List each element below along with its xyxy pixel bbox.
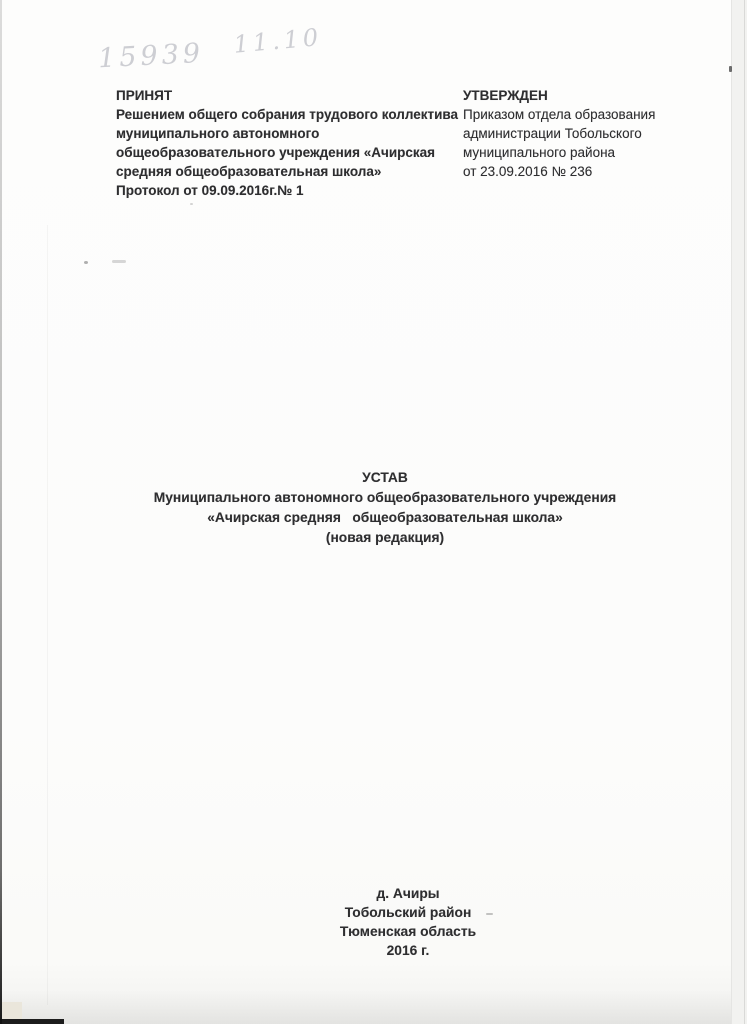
handwritten-number: 15939 [97,38,204,75]
charter-title-block: УСТАВ Муниципального автономного общеобр… [25,468,745,548]
accepted-line: общеобразовательного учреждения «Ачирска… [116,143,470,162]
accepted-line: средняя общеобразовательная школа» [116,162,470,181]
approved-line: администрации Тобольского [463,124,725,143]
footer-region: Тюменская область [48,922,747,941]
ink-speck-right [729,66,732,72]
scan-shadow-bottom [0,990,731,1024]
charter-title-edition: (новая редакция) [25,528,745,548]
paper-crease-line [47,225,48,1005]
dash-speck [486,913,493,915]
scanned-document-canvas: 15939 11.10 ПРИНЯТ Решением общего собра… [0,0,747,1024]
scan-edge-left-shadow [0,0,2,1024]
approved-block: УТВЕРЖДЕН Приказом отдела образования ад… [463,86,725,181]
handwritten-date: 11.10 [232,23,323,59]
page-right-edge [731,0,732,1024]
charter-title: УСТАВ [25,468,745,488]
accepted-line: Протокол от 09.09.2016г.№ 1 [116,181,470,200]
place-year-block: д. Ачиры Тобольский район Тюменская обла… [48,884,747,960]
approved-line: Приказом отдела образования [463,105,725,124]
approved-line: муниципального района [463,143,725,162]
footer-district: Тобольский район [48,903,747,922]
accepted-block: ПРИНЯТ Решением общего собрания трудовог… [116,86,470,200]
accepted-heading: ПРИНЯТ [116,86,470,105]
paper-sheet: 15939 11.10 ПРИНЯТ Решением общего собра… [0,0,731,1024]
dust-speck [190,203,193,205]
approved-line: от 23.09.2016 № 236 [463,162,725,181]
charter-title-org: Муниципального автономного общеобразоват… [25,488,745,508]
pencil-smudge [112,260,126,263]
handwritten-pencil-note: 15939 11.10 [97,29,378,75]
accepted-line: Решением общего собрания трудового колле… [116,105,470,124]
footer-year: 2016 г. [48,941,747,960]
scanner-right-edge-line [744,0,745,1024]
scan-artifact-corner-bar [0,1019,64,1024]
accepted-line: муниципального автономного [116,124,470,143]
footer-village: д. Ачиры [48,884,747,903]
charter-title-school: «Ачирская средняя общеобразовательная шк… [25,508,745,528]
pencil-speck [84,261,88,264]
approved-heading: УТВЕРЖДЕН [463,86,725,105]
